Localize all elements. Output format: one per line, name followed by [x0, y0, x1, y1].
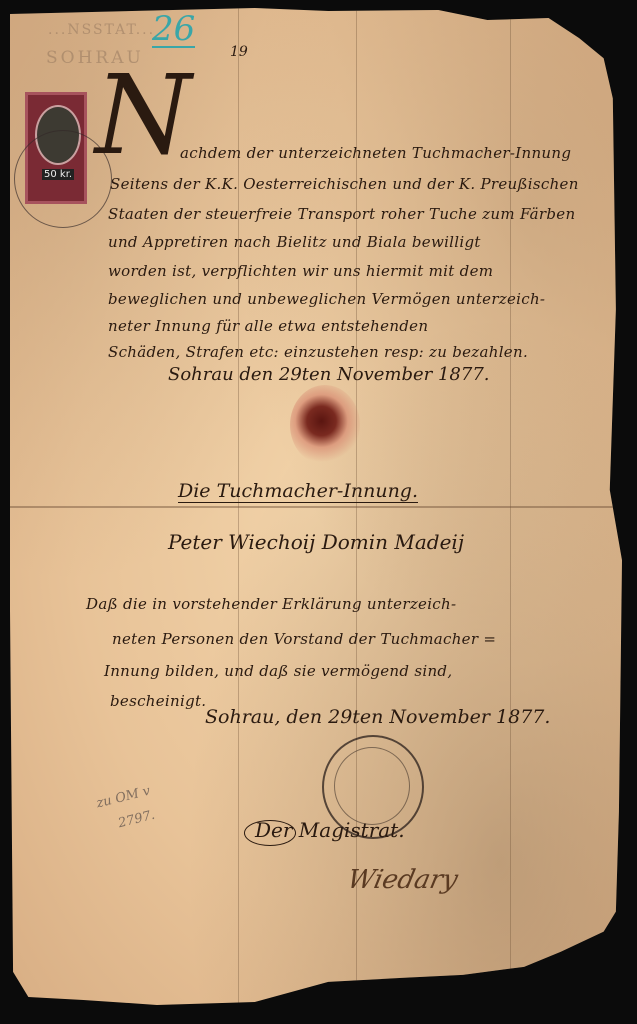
- certification-place-date: Sohrau, den 29ten November 1877.: [205, 706, 550, 728]
- declaration-line: Seitens der K.K. Oesterreichischen und d…: [110, 175, 579, 193]
- certification-line: bescheinigt.: [110, 692, 206, 710]
- declaration-line: achdem der unterzeichneten Tuchmacher-In…: [180, 144, 571, 162]
- wax-seal: [290, 385, 360, 465]
- certification-line: Innung bilden, und daß sie vermögend sin…: [104, 662, 452, 680]
- decorative-initial: N: [95, 60, 191, 170]
- coat-of-arms-icon: [334, 747, 410, 825]
- certification-line: neten Personen den Vorstand der Tuchmach…: [112, 630, 496, 648]
- declaration-line: Schäden, Strafen etc: einzustehen resp: …: [108, 343, 528, 361]
- certification-line: Daß die in vorstehender Erklärung unterz…: [86, 595, 456, 613]
- declaration-line: neter Innung für alle etwa entstehenden: [108, 317, 428, 335]
- fold-crease-horizontal: [10, 506, 622, 508]
- folio-number: 26: [152, 12, 195, 48]
- declaration-line: und Appretiren nach Bielitz und Biala be…: [108, 233, 481, 251]
- page-number: 19: [230, 44, 248, 60]
- guild-signatories: Peter Wiechoij Domin Madeij: [168, 530, 464, 554]
- declaration-place-date: Sohrau den 29ten November 1877.: [168, 364, 490, 385]
- magistrate-heading: Der Magistrat.: [255, 818, 405, 842]
- declaration-line: Staaten der steuerfreie Transport roher …: [108, 205, 575, 223]
- declaration-line: beweglichen und unbeweglichen Vermögen u…: [108, 290, 545, 308]
- declaration-line: worden ist, verpflichten wir uns hiermit…: [108, 262, 493, 280]
- guild-heading: Die Tuchmacher-Innung.: [178, 480, 418, 503]
- magistrate-signature: Wiedary: [345, 865, 461, 895]
- letterhead-line-1: ...NSSTAT...: [48, 22, 155, 38]
